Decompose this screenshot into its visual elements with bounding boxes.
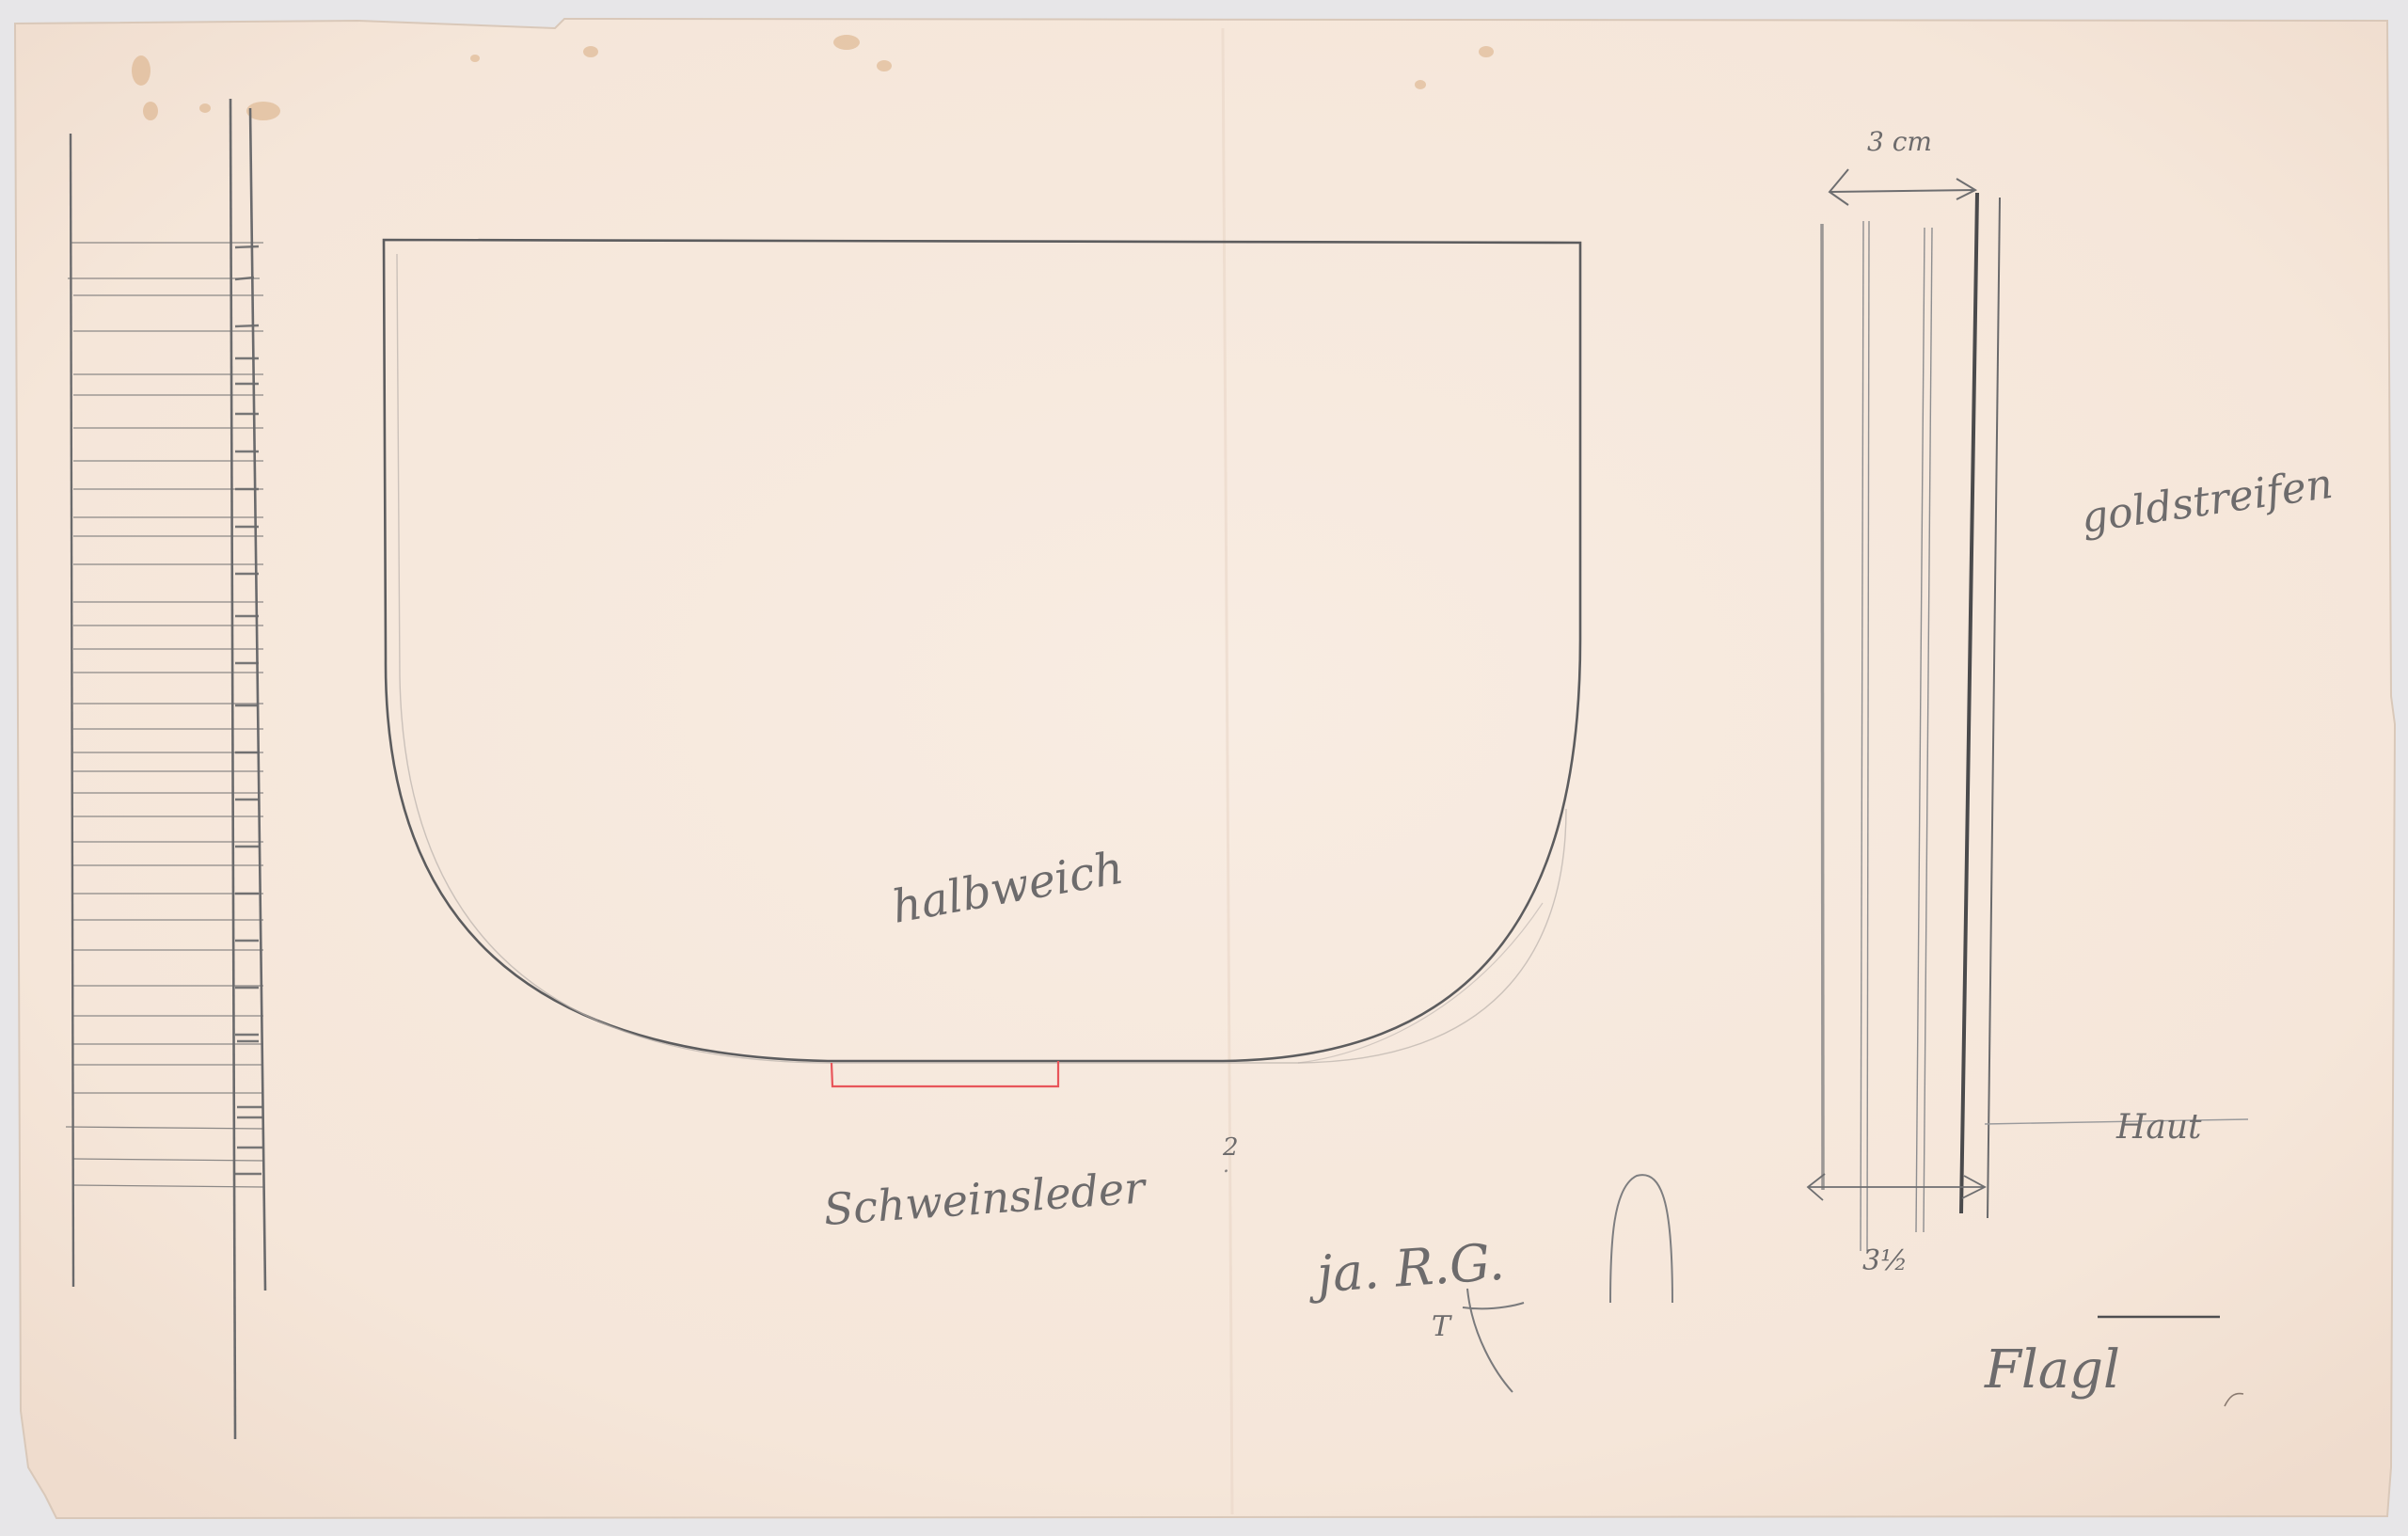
paper-sheet [15, 19, 2395, 1518]
svg-text:Flagl: Flagl [1984, 1339, 2120, 1401]
approval-initial: T [1432, 1310, 1452, 1343]
label-3-half: 3½ [1862, 1244, 1908, 1277]
label-haut: Haut [2115, 1108, 2202, 1147]
label-question: . [1223, 1154, 1229, 1178]
document-scan: halbweich Schweinsleder 2 . ja. R.G. T 3… [0, 0, 2408, 1536]
label-3cm: 3 cm [1867, 126, 1932, 157]
